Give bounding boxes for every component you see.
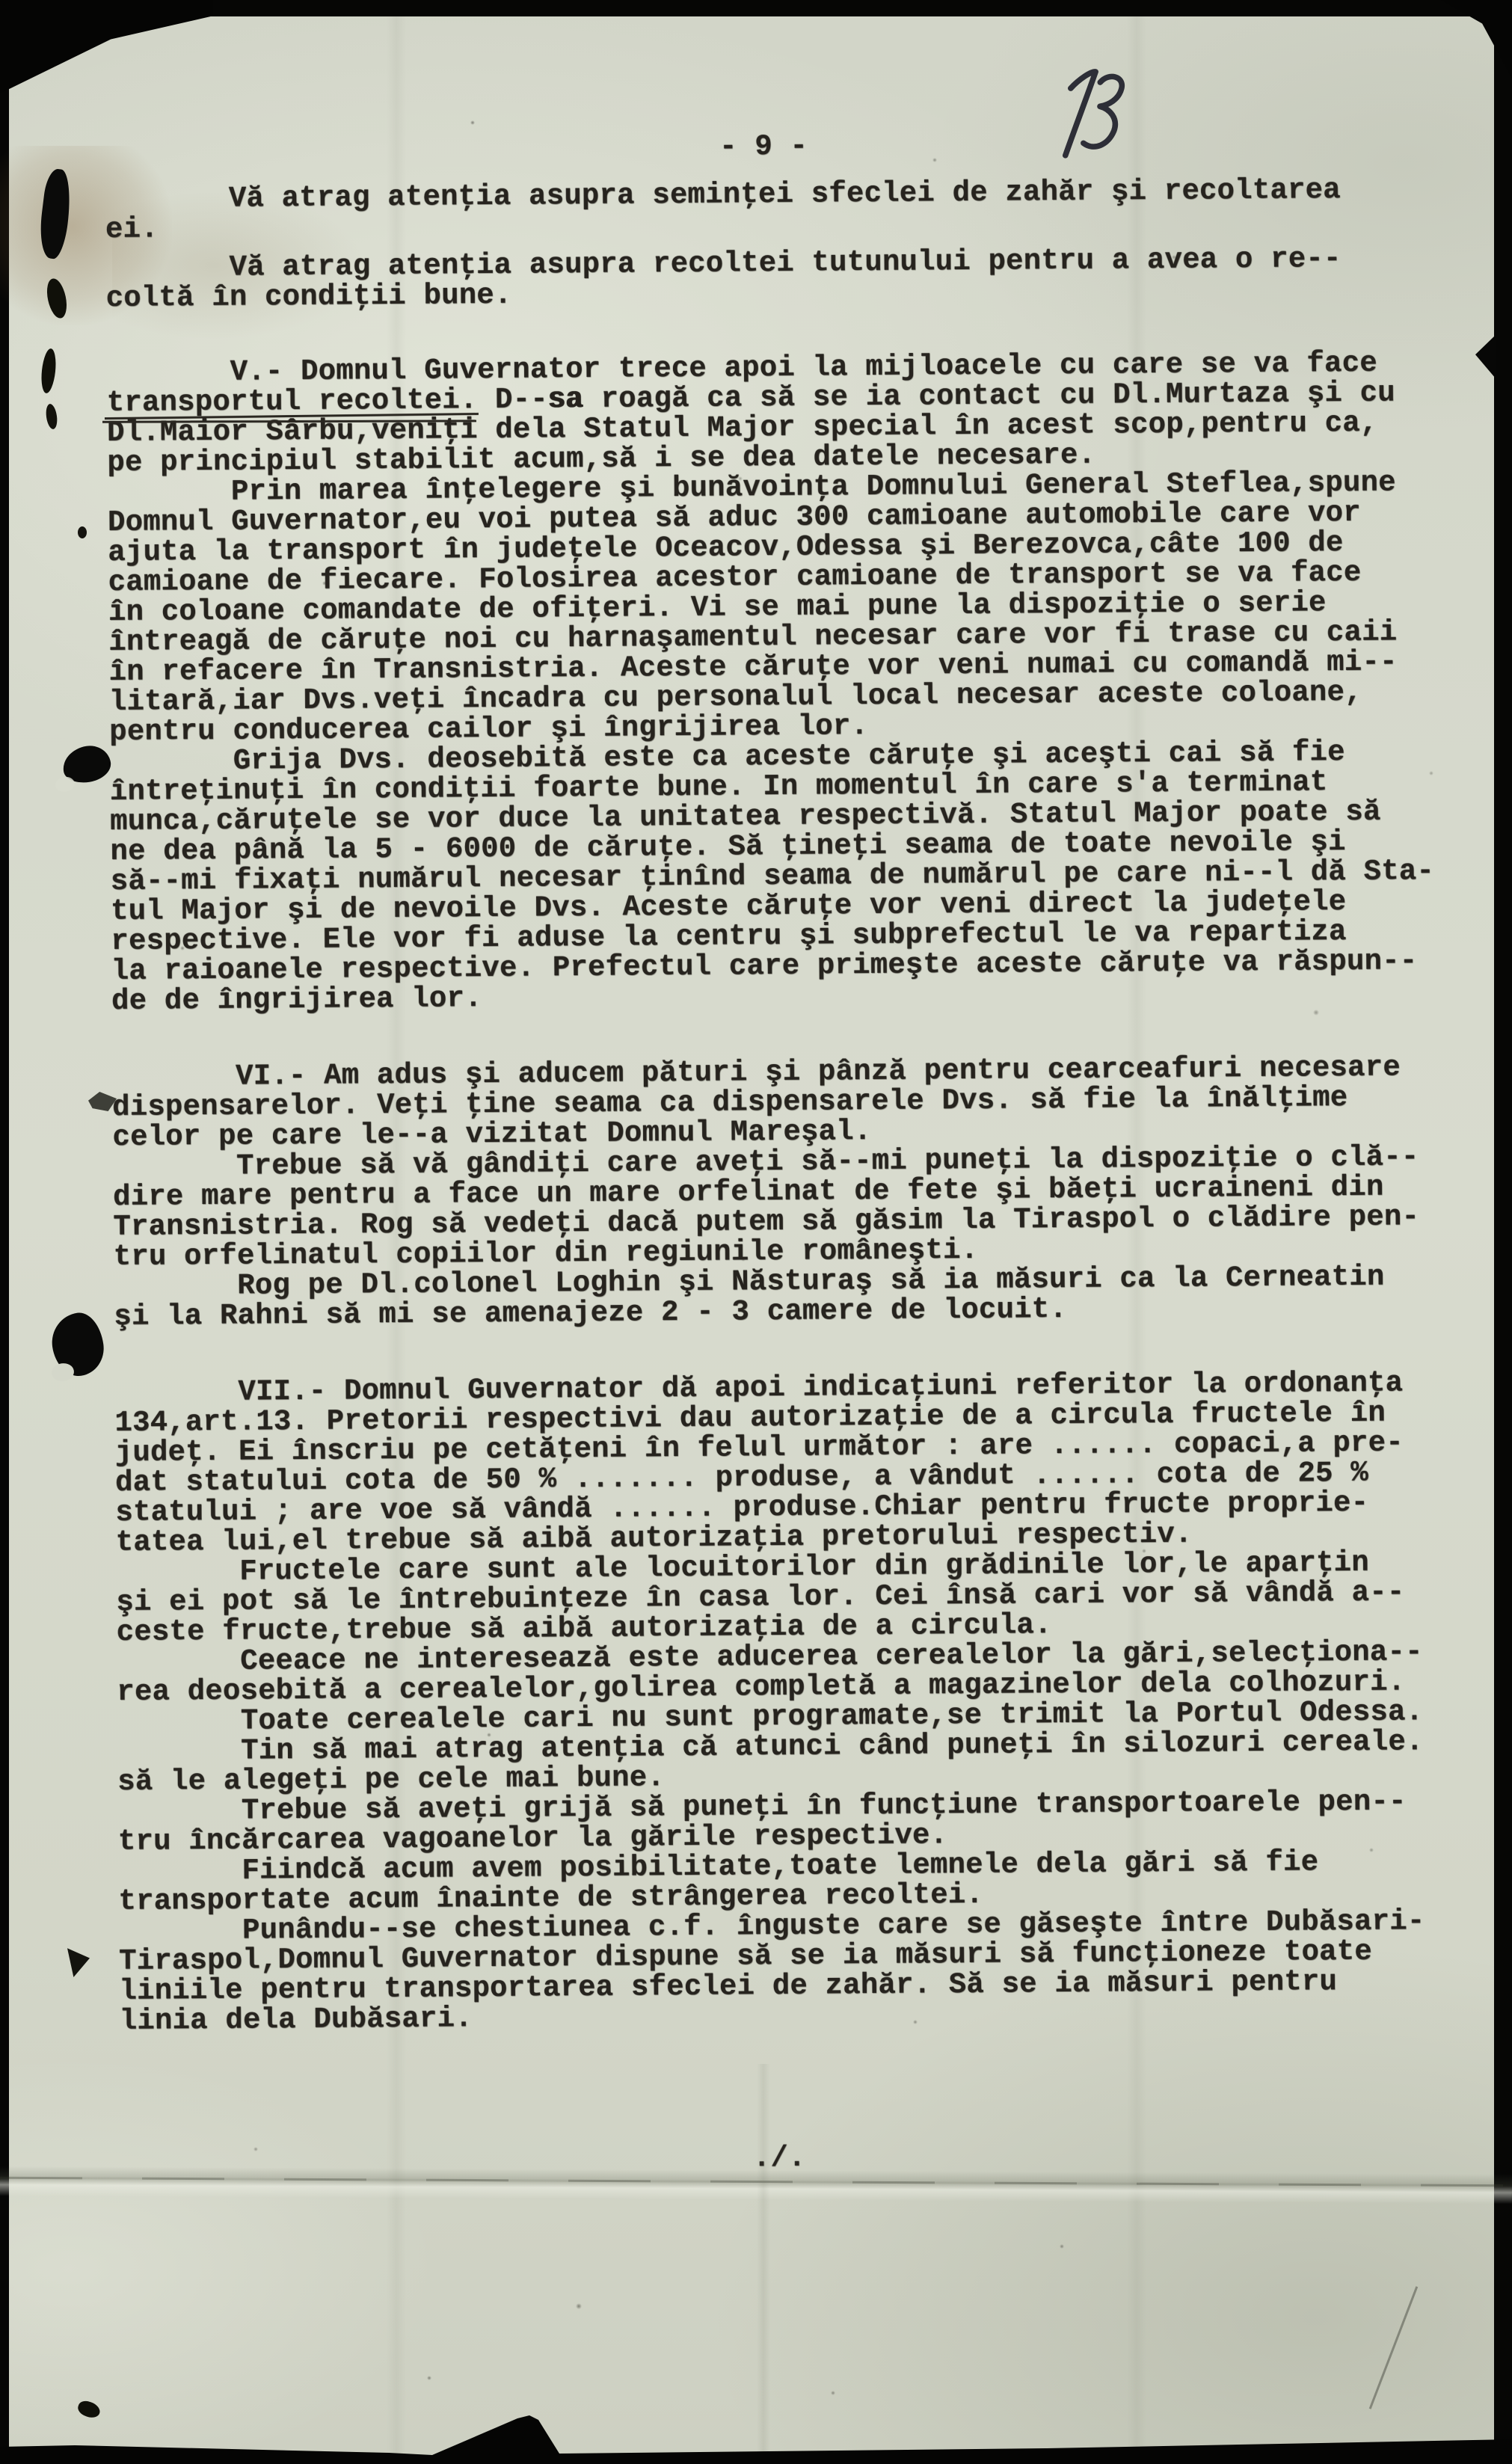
text-block: V.- Domnul Guvernator trece apoi la mijl… bbox=[106, 348, 1429, 1016]
handwritten-13-strokes bbox=[1038, 57, 1142, 176]
text-block: VI.- Am adus şi aducem pături şi pânză p… bbox=[112, 1052, 1432, 1332]
handwritten-mark bbox=[1038, 57, 1142, 176]
text-block: Vă atrag atenţia asupra recoltei tutunul… bbox=[105, 243, 1424, 313]
ink-dot bbox=[78, 526, 87, 538]
scanner-background: - 9 - Vă atrag atenţia asupra seminţei s… bbox=[0, 0, 1512, 2464]
text-block: Vă atrag atenţia asupra seminţei sfeclei… bbox=[105, 174, 1424, 245]
typed-text: - 9 - Vă atrag atenţia asupra seminţei s… bbox=[105, 126, 1438, 2178]
vertical-fold-crease bbox=[757, 2064, 770, 2464]
text-block: VII.- Domnul Guvernator dă apoi indicaţi… bbox=[114, 1368, 1437, 2036]
